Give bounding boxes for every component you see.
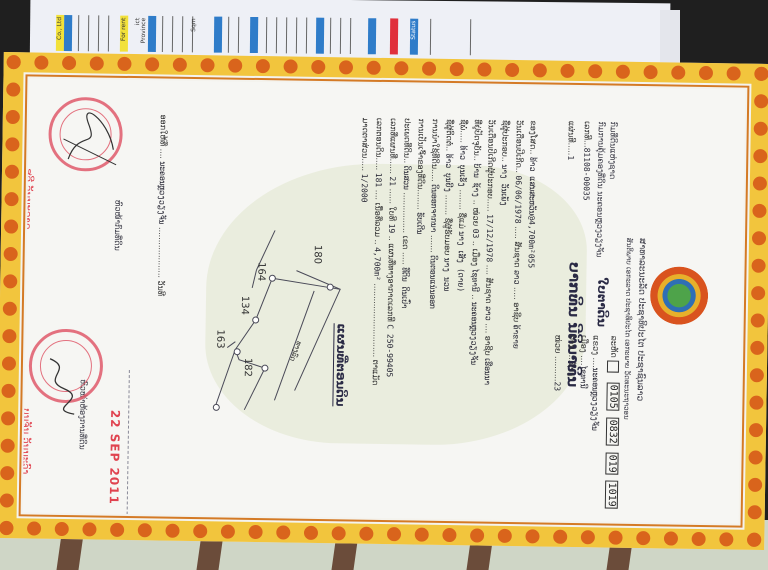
- motto-line: ສັນຕິພາບ ເອກະລາດ ປະຊາທິປະໄຕ ເອກະພາບ ວັດທ…: [622, 238, 632, 420]
- issue-date-stamp: 22 SEP 2011: [107, 410, 122, 505]
- title-number: ລະຫັດ 0105 0832 019 1019: [605, 336, 621, 511]
- red-column: [390, 18, 398, 54]
- neighbor-164: 164: [255, 262, 266, 281]
- village-field: ບ້ານ ....ຊ້າງ: [567, 335, 577, 377]
- republic-line: ສາທາລະນະລັດ ປະຊາທິປະໄຕ ປະຊາຊົນລາວ: [634, 238, 646, 401]
- signatory-2-name: ບຸນຈັນ ວັນນະວົງ: [23, 408, 32, 474]
- field-spouse: ຊື່ຜູ້ປະກອບ.. ນາງ ວັນເພັງ: [500, 120, 510, 206]
- district-field: ເມືອງ ....ໄຊທານີ: [579, 335, 589, 389]
- ministry-line-2: ກົມການຄຸ້ມຄອງທີ່ດິນ ນະຄອນຫຼວງວຽງຈັນ: [595, 121, 605, 257]
- blue-column: [64, 15, 72, 51]
- blue-column: [250, 17, 258, 53]
- neighbor-180: 180: [312, 245, 323, 264]
- parcel-map: 180 164 134 163 182 ທາງລົດ: [194, 229, 347, 421]
- label-province: Province: [140, 18, 147, 44]
- document-title: ໃບຕາດິນ: [596, 277, 609, 327]
- neighbor-163: 163: [214, 329, 225, 348]
- blue-column: [316, 18, 324, 54]
- land-title-certificate: ສາທາລະນະລັດ ປະຊາທິປະໄຕ ປະຊາຊົນລາວ ສັນຕິພ…: [0, 52, 768, 550]
- ministry-line-1: ກົມທີ່ດິນແຫ່ງຊາດ: [608, 122, 617, 180]
- label-co-ltd: Co., Ltd: [56, 17, 63, 40]
- blue-column: [148, 16, 156, 52]
- national-emblem-icon: [650, 266, 709, 325]
- province-field: ແຂວງ ....ນະຄອນຫຼວງວຽງຈັນ: [590, 335, 600, 431]
- field-scale: ມາດຕາສ່ວນ..... 1/2000: [360, 118, 370, 203]
- signatory-1-title: ຫົວໜ້າກົມທີ່ດິນ: [113, 200, 122, 251]
- signature-1: [58, 109, 119, 170]
- blue-column: [214, 17, 222, 53]
- unit-field: ໜ່ວຍ ..........23: [553, 335, 563, 392]
- neighbor-182: 182: [242, 358, 253, 377]
- label-for-rent: For rent: [120, 18, 127, 42]
- field-ownership: ການເປັນເຈົ້າຂອງທີ່ດິນ........ ຮັບເດີນ: [415, 118, 426, 234]
- signature-2: [34, 349, 95, 420]
- sheet-number: ແຜ່ນທີ.....1: [566, 121, 576, 160]
- label-sqm: Sqm: [190, 18, 197, 32]
- road-label: ທາງລົດ: [288, 340, 303, 363]
- checkbox: [607, 360, 619, 372]
- blue-column: [368, 18, 376, 54]
- issue-place: ອອກໃຫ້ທີ່ .... ນະຄອນຫຼວງວຽງຈັນ .........…: [156, 114, 168, 296]
- neighbor-134: 134: [239, 296, 250, 315]
- reference-number: ເລກທີ...81108-00035: [582, 121, 592, 201]
- certificate-paper: ສາທາລະນະລັດ ປະຊາທິປະໄຕ ປະຊາຊົນລາວ ສັນຕິພ…: [23, 78, 746, 523]
- label-status: Status: [410, 21, 417, 40]
